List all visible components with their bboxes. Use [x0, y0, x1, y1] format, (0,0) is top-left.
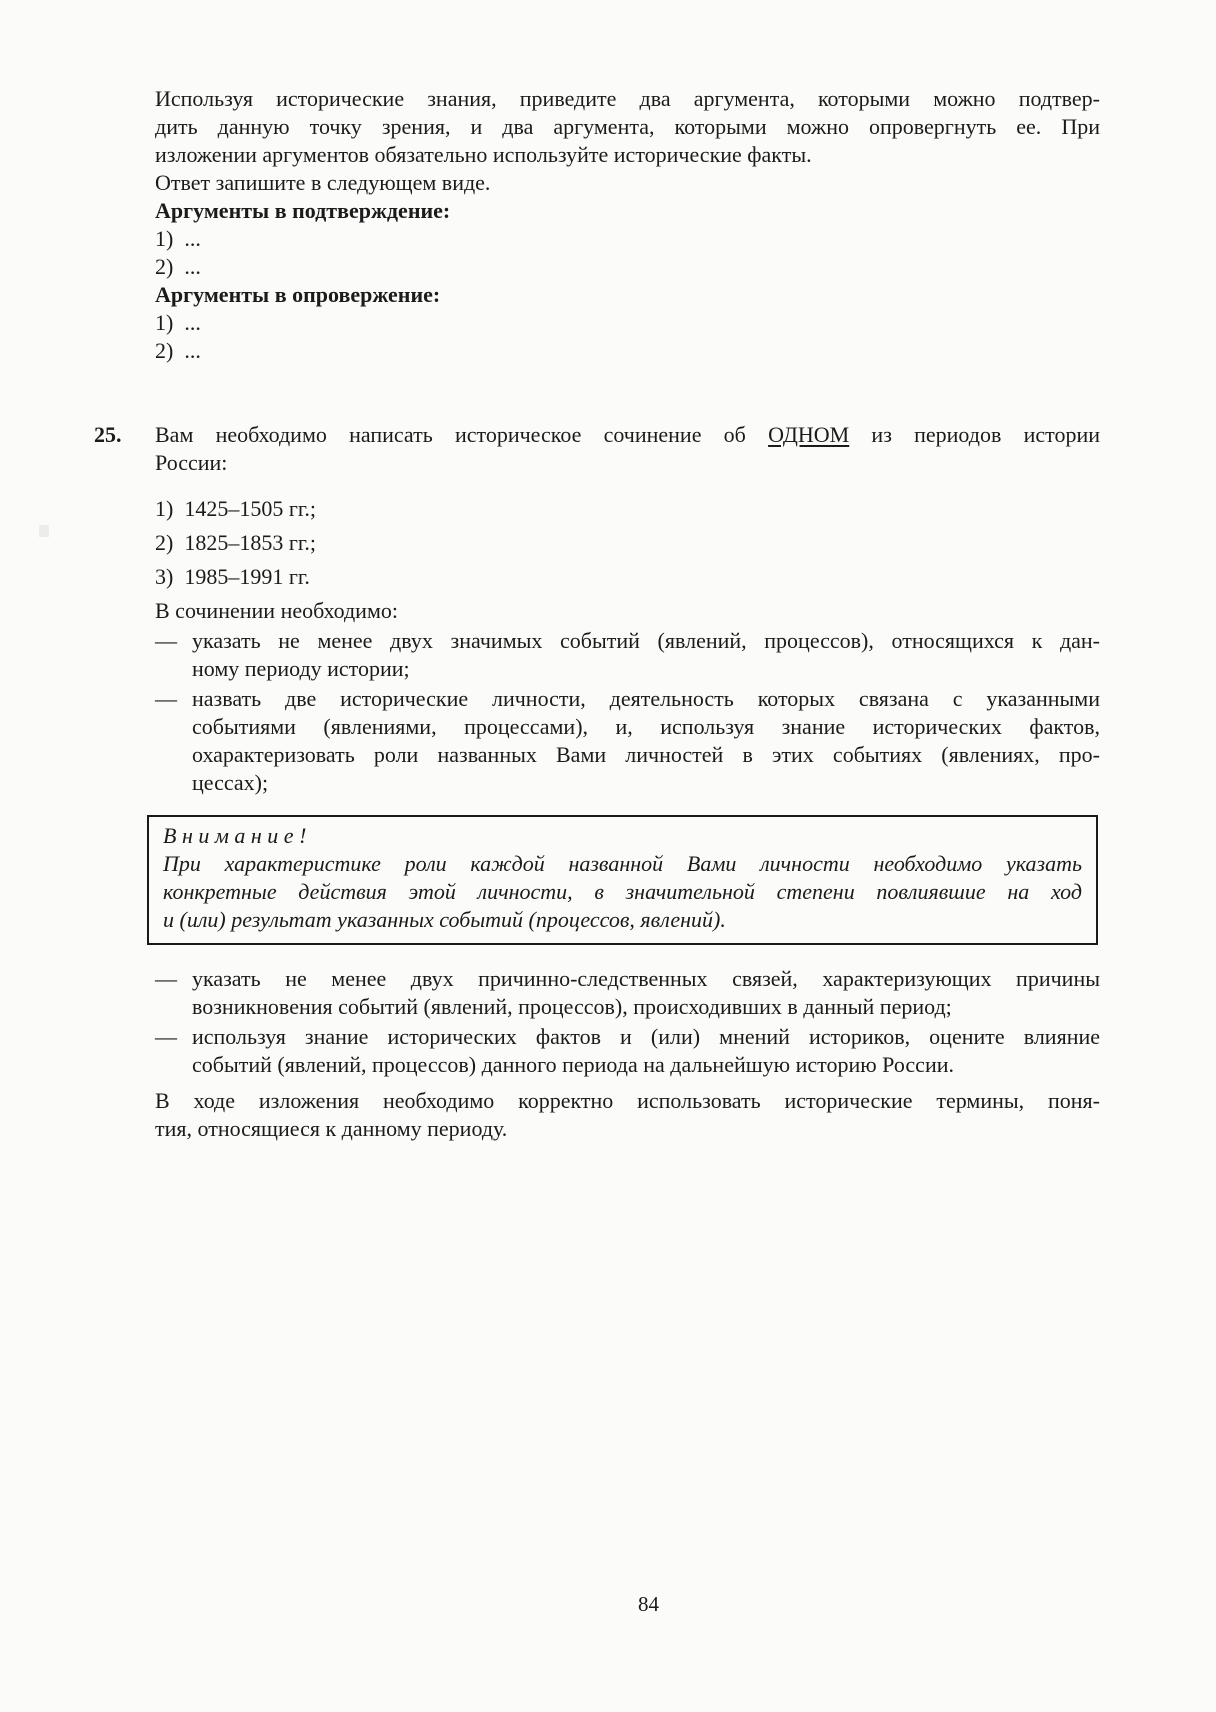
- task-number: 25.: [94, 421, 122, 449]
- attention-line: и (или) результат указанных событий (про…: [163, 906, 1082, 934]
- bullet-line: цессах);: [192, 769, 1100, 797]
- task-intro-line: Вам необходимо написать историческое соч…: [155, 421, 1100, 449]
- bullet-line: указать не менее двух значимых событий (…: [192, 627, 1100, 655]
- bullet-text: используя знание исторических фактов и (…: [192, 1023, 1100, 1079]
- bullet-line: охарактеризовать роли названных Вами лич…: [192, 741, 1100, 769]
- attention-box: В н и м а н и е ! При характеристике рол…: [147, 815, 1098, 945]
- period-options: 1) 1425–1505 гг.; 2) 1825–1853 гг.; 3) 1…: [155, 495, 1100, 591]
- bullet-line: событиями (явлениями, процессами), и, ис…: [192, 713, 1100, 741]
- refute-item: 2) ...: [155, 337, 1100, 365]
- intro-line: изложении аргументов обязательно использ…: [155, 141, 1100, 169]
- task-intro-underlined-word: ОДНОМ: [768, 422, 849, 447]
- task-intro-line2: России:: [155, 449, 1100, 477]
- bullet-text: указать не менее двух причинно-следствен…: [192, 965, 1100, 1021]
- requirement-bullet-causal-links: — указать не менее двух причинно-следств…: [155, 965, 1100, 1021]
- bullet-line: возникновения событий (явлений, процессо…: [192, 993, 1100, 1021]
- requirement-bullet-persons: — назвать две исторические личности, дея…: [155, 685, 1100, 797]
- closing-paragraph: В ходе изложения необходимо корректно ис…: [155, 1087, 1100, 1143]
- scan-artifact: [39, 525, 49, 537]
- attention-line: При характеристике роли каждой названной…: [163, 850, 1082, 878]
- intro-line: Используя исторические знания, приведите…: [155, 85, 1100, 113]
- dash-marker: —: [155, 627, 192, 683]
- period-option: 3) 1985–1991 гг.: [155, 563, 1100, 591]
- page-number: 84: [638, 1590, 659, 1618]
- dash-marker: —: [155, 685, 192, 797]
- task-intro-post: из периодов истории: [849, 422, 1100, 447]
- bullet-text: назвать две исторические личности, деяте…: [192, 685, 1100, 797]
- closing-line: тия, относящиеся к данному периоду.: [155, 1115, 1100, 1143]
- task-intro-pre: Вам необходимо написать историческое соч…: [155, 422, 768, 447]
- confirm-item: 1) ...: [155, 225, 1100, 253]
- answer-format-line: Ответ запишите в следующем виде.: [155, 169, 1100, 197]
- page-content: Используя исторические знания, приведите…: [155, 85, 1100, 1143]
- dash-marker: —: [155, 1023, 192, 1079]
- requirements-heading: В сочинении необходимо:: [155, 597, 1100, 625]
- intro-line: дить данную точку зрения, и два аргумент…: [155, 113, 1100, 141]
- refute-item: 1) ...: [155, 309, 1100, 337]
- period-option: 2) 1825–1853 гг.;: [155, 529, 1100, 557]
- attention-line: конкретные действия этой личности, в зна…: [163, 878, 1082, 906]
- requirement-bullet-events: — указать не менее двух значимых событий…: [155, 627, 1100, 683]
- closing-line: В ходе изложения необходимо корректно ис…: [155, 1087, 1100, 1115]
- attention-title: В н и м а н и е !: [163, 822, 1082, 850]
- bullet-line: используя знание исторических фактов и (…: [192, 1023, 1100, 1051]
- confirm-item: 2) ...: [155, 253, 1100, 281]
- bullet-text: указать не менее двух значимых событий (…: [192, 627, 1100, 683]
- bullet-line: событий (явлений, процессов) данного пер…: [192, 1051, 1100, 1079]
- period-option: 1) 1425–1505 гг.;: [155, 495, 1100, 523]
- requirement-bullet-influence: — используя знание исторических фактов и…: [155, 1023, 1100, 1079]
- bullet-line: указать не менее двух причинно-следствен…: [192, 965, 1100, 993]
- heading-arguments-confirm: Аргументы в подтверждение:: [155, 197, 1100, 225]
- dash-marker: —: [155, 965, 192, 1021]
- heading-arguments-refute: Аргументы в опровержение:: [155, 281, 1100, 309]
- bullet-line: ному периоду истории;: [192, 655, 1100, 683]
- task-25: 25. Вам необходимо написать историческое…: [155, 421, 1100, 1143]
- bullet-line: назвать две исторические личности, деяте…: [192, 685, 1100, 713]
- intro-instructions: Используя исторические знания, приведите…: [155, 85, 1100, 197]
